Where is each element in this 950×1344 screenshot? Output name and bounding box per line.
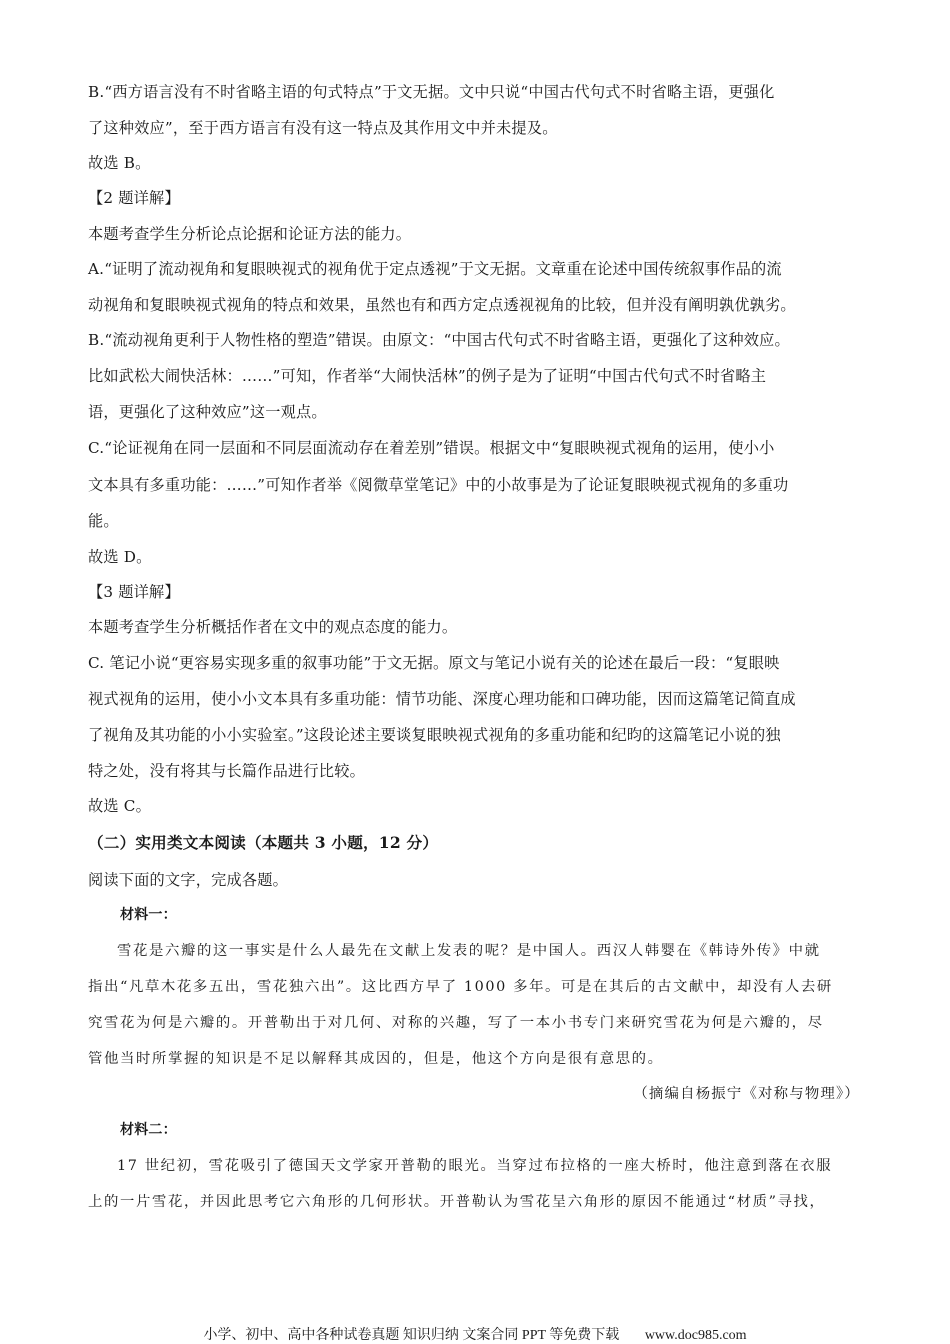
text-line: 了视角及其功能的小小实验室。”这段论述主要谈复眼映视式视角的多重功能和纪昀的这篇… <box>88 725 781 745</box>
material-two-line: 17 世纪初，雪花吸引了德国天文学家开普勒的眼光。当穿过布拉格的一座大桥时，他注… <box>117 1156 832 1176</box>
instruction-text: 阅读下面的文字，完成各题。 <box>88 870 288 890</box>
text-line: 动视角和复眼映视式视角的特点和效果，虽然也有和西方定点透视视角的比较，但并没有阐… <box>88 295 796 315</box>
material-one-line: 雪花是六瓣的这一事实是什么人最先在文献上发表的呢？是中国人。西汉人韩婴在《韩诗外… <box>117 941 821 961</box>
material-two-label: 材料二： <box>120 1120 177 1140</box>
material-one-line: 指出“凡草木花多五出，雪花独六出”。这比西方早了 1000 多年。可是在其后的古… <box>88 977 833 997</box>
text-line: 故选 D。 <box>88 547 152 567</box>
material-one-line: 管他当时所掌握的知识是不足以解释其成因的，但是，他这个方向是很有意思的。 <box>88 1049 664 1069</box>
text-line: B.“西方语言没有不时省略主语的句式特点”于文无据。文中只说“中国古代句式不时省… <box>88 82 775 102</box>
text-line: C.“论证视角在同一层面和不同层面流动存在着差别”错误。根据文中“复眼映视式视角… <box>88 438 774 458</box>
text-line: 【2 题详解】 <box>88 188 180 208</box>
page-footer: 小学、初中、高中各种试卷真题 知识归纳 文案合同 PPT 等免费下载 www.d… <box>0 1324 950 1344</box>
text-line: B.“流动视角更利于人物性格的塑造”错误。由原文：“中国古代句式不时省略主语，更… <box>88 330 790 350</box>
text-line: 本题考查学生分析论点论据和论证方法的能力。 <box>88 224 411 244</box>
text-line: 特之处，没有将其与长篇作品进行比较。 <box>88 761 365 781</box>
footer-text: 小学、初中、高中各种试卷真题 知识归纳 文案合同 PPT 等免费下载 <box>203 1328 619 1343</box>
material-one-line: 究雪花为何是六瓣的。开普勒出于对几何、对称的兴趣，写了一本小书专门来研究雪花为何… <box>88 1013 824 1033</box>
text-line: 视式视角的运用，使小小文本具有多重功能：情节功能、深度心理功能和口碑功能，因而这… <box>88 689 796 709</box>
text-line: 比如武松大闹快活林：……”可知，作者举“大闹快活林”的例子是为了证明“中国古代句… <box>88 366 766 386</box>
text-line: 语，更强化了这种效应”这一观点。 <box>88 402 327 422</box>
text-line: C. 笔记小说“更容易实现多重的叙事功能”于文无据。原文与笔记小说有关的论述在最… <box>88 653 780 673</box>
material-one-source: （摘编自杨振宁《对称与物理》） <box>633 1084 860 1104</box>
text-line: 【3 题详解】 <box>88 582 180 602</box>
material-one-label: 材料一： <box>120 905 177 925</box>
text-line: 故选 C。 <box>88 796 151 816</box>
text-line: 故选 B。 <box>88 153 151 173</box>
section-heading: （二）实用类文本阅读（本题共 3 小题，12 分） <box>88 833 438 853</box>
text-line: 文本具有多重功能：……”可知作者举《阅微草堂笔记》中的小故事是为了论证复眼映视式… <box>88 475 788 495</box>
material-two-line: 上的一片雪花，并因此思考它六角形的几何形状。开普勒认为雪花呈六角形的原因不能通过… <box>88 1192 826 1212</box>
footer-url[interactable]: www.doc985.com <box>645 1328 747 1343</box>
text-line: A.“证明了流动视角和复眼映视式的视角优于定点透视”于文无据。文章重在论述中国传… <box>88 259 782 279</box>
text-line: 能。 <box>88 511 119 531</box>
text-line: 了这种效应”，至于西方语言有没有这一特点及其作用文中并未提及。 <box>88 118 558 138</box>
text-line: 本题考查学生分析概括作者在文中的观点态度的能力。 <box>88 617 457 637</box>
